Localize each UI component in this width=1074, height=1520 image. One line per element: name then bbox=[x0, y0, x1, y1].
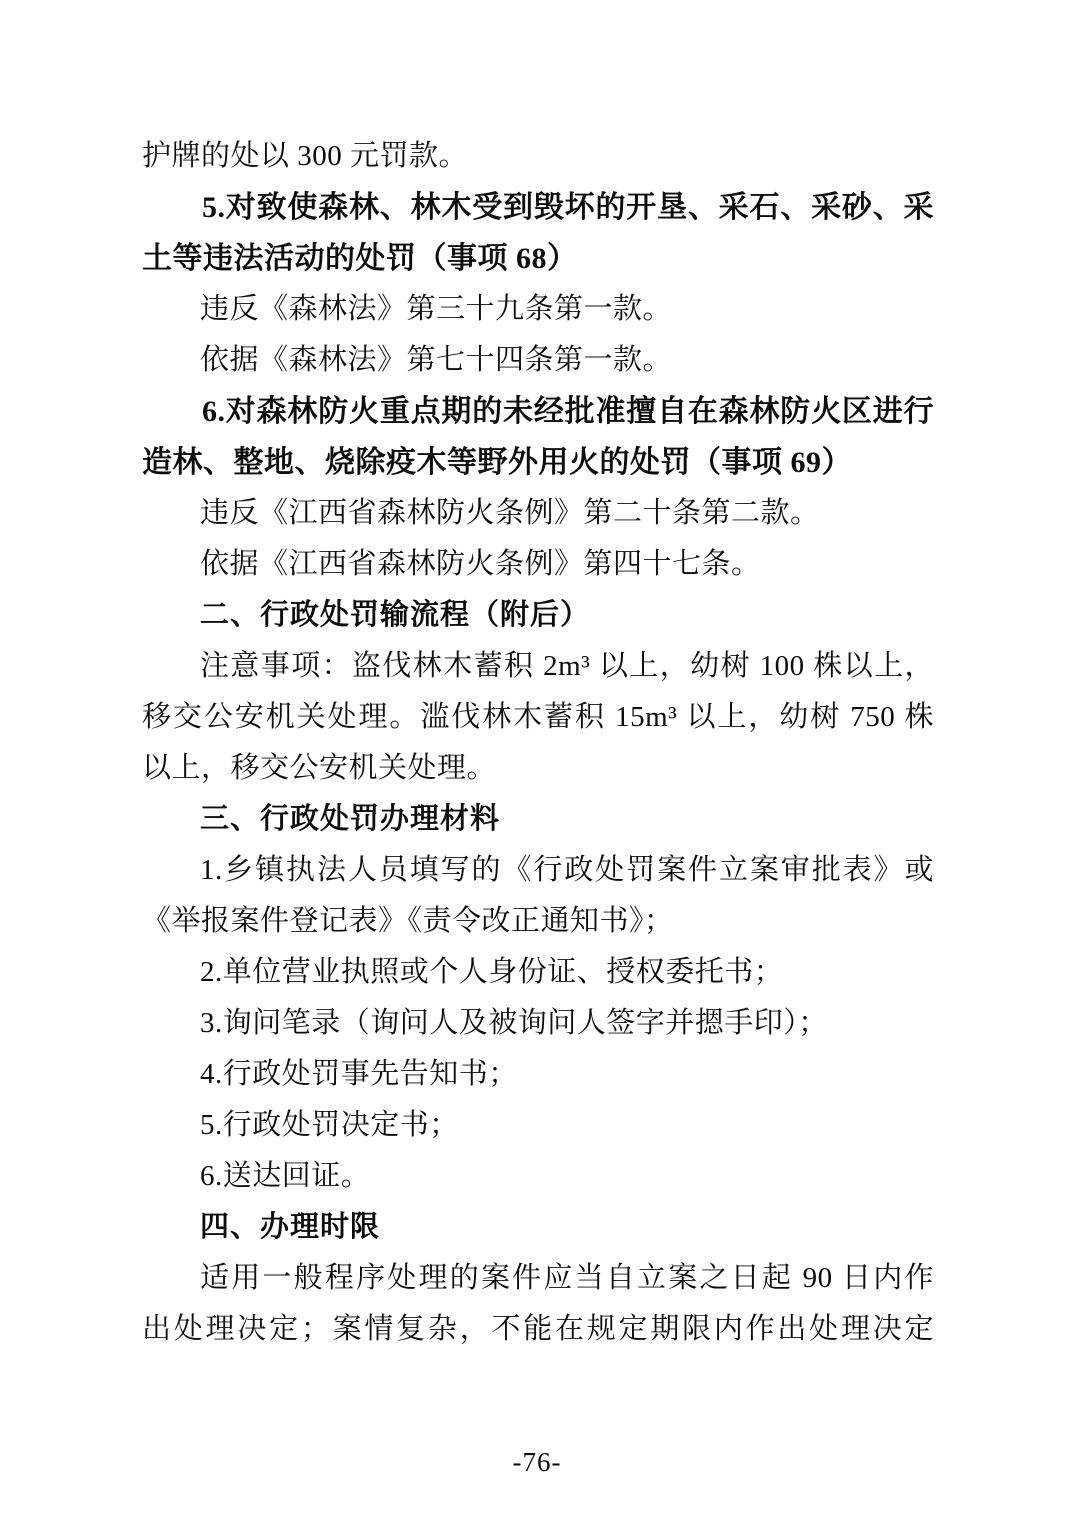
heading-line: 土等违法活动的处罚（事项 68） bbox=[142, 233, 934, 284]
heading-line: 5.对致使森林、林木受到毁坏的开垦、采石、采砂、采 bbox=[142, 182, 934, 233]
document-page: 护牌的处以 300 元罚款。5.对致使森林、林木受到毁坏的开垦、采石、采砂、采土… bbox=[0, 0, 1074, 1520]
text-line: 出处理决定；案情复杂，不能在规定期限内作出处理决定的， bbox=[142, 1304, 934, 1355]
text-line: 护牌的处以 300 元罚款。 bbox=[142, 131, 934, 182]
text-line: 6.送达回证。 bbox=[142, 1151, 934, 1202]
text-line: 依据《江西省森林防火条例》第四十七条。 bbox=[142, 539, 934, 590]
section-heading-line: 四、办理时限 bbox=[142, 1202, 934, 1253]
text-line: 依据《森林法》第七十四条第一款。 bbox=[142, 335, 934, 386]
text-line: 注意事项：盗伐林木蓄积 2m³ 以上，幼树 100 株以上， bbox=[142, 641, 934, 692]
text-line: 1.乡镇执法人员填写的《行政处罚案件立案审批表》或 bbox=[142, 845, 934, 896]
text-line: 移交公安机关处理。滥伐林木蓄积 15m³ 以上，幼树 750 株 bbox=[142, 692, 934, 743]
section-heading-line: 三、行政处罚办理材料 bbox=[142, 794, 934, 845]
section-heading-line: 二、行政处罚输流程（附后） bbox=[142, 590, 934, 641]
heading-line: 造林、整地、烧除疫木等野外用火的处罚（事项 69） bbox=[142, 437, 934, 488]
text-line: 2.单位营业执照或个人身份证、授权委托书； bbox=[142, 947, 934, 998]
text-line: 以上，移交公安机关处理。 bbox=[142, 743, 934, 794]
text-line: 《举报案件登记表》《责令改正通知书》； bbox=[142, 896, 934, 947]
page-footer: -76- bbox=[0, 1446, 1074, 1478]
text-line: 适用一般程序处理的案件应当自立案之日起 90 日内作 bbox=[142, 1253, 934, 1304]
text-line: 违反《江西省森林防火条例》第二十条第二款。 bbox=[142, 488, 934, 539]
page-number: -76- bbox=[513, 1447, 562, 1477]
text-line: 3.询问笔录（询问人及被询问人签字并摁手印）； bbox=[142, 998, 934, 1049]
heading-line: 6.对森林防火重点期的未经批准擅自在森林防火区进行 bbox=[142, 386, 934, 437]
document-body: 护牌的处以 300 元罚款。5.对致使森林、林木受到毁坏的开垦、采石、采砂、采土… bbox=[142, 131, 934, 1355]
text-line: 4.行政处罚事先告知书； bbox=[142, 1049, 934, 1100]
text-line: 违反《森林法》第三十九条第一款。 bbox=[142, 284, 934, 335]
text-line: 5.行政处罚决定书； bbox=[142, 1100, 934, 1151]
